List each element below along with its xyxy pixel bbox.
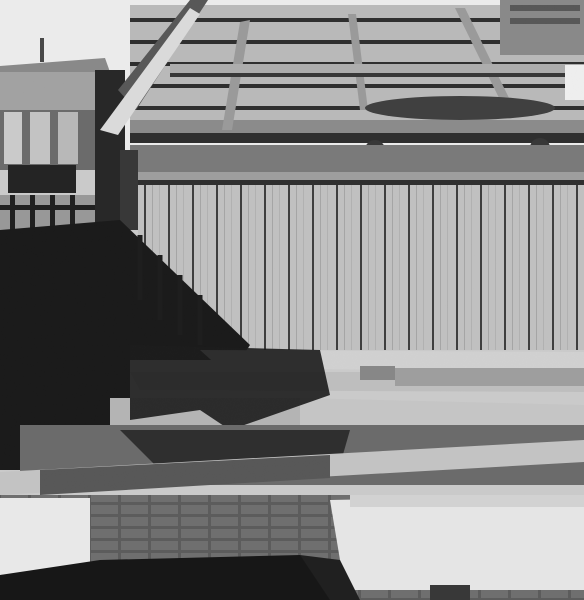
photo-scene	[0, 0, 584, 600]
photograph	[0, 0, 584, 600]
